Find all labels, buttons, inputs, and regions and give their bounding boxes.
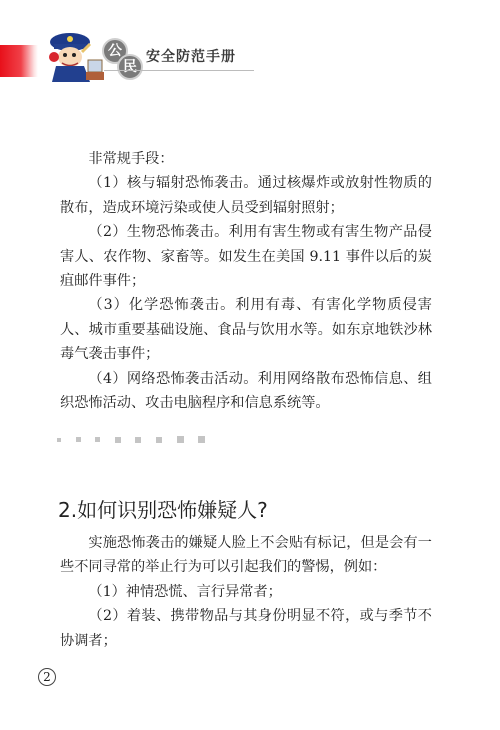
dot bbox=[57, 438, 61, 442]
police-mascot-icon bbox=[46, 30, 106, 82]
paragraph: 实施恐怖袭击的嫌疑人脸上不会贴有标记，但是会有一些不同寻常的举止行为可以引起我们… bbox=[60, 531, 432, 580]
dot bbox=[177, 436, 184, 443]
decorative-dots-divider bbox=[57, 436, 205, 443]
dot bbox=[115, 437, 121, 443]
paragraph: 非常规手段： bbox=[60, 147, 432, 171]
section-body: 实施恐怖袭击的嫌疑人脸上不会贴有标记，但是会有一些不同寻常的举止行为可以引起我们… bbox=[60, 531, 432, 653]
paragraph: （4）网络恐怖袭击活动。利用网络散布恐怖信息、组织恐怖活动、攻击电脑程序和信息系… bbox=[60, 367, 432, 416]
section-heading: 2.如何识别恐怖嫌疑人? bbox=[58, 494, 268, 523]
dot bbox=[156, 437, 162, 443]
dot bbox=[135, 437, 141, 443]
dot bbox=[76, 437, 81, 442]
page-number: 2 bbox=[38, 668, 56, 686]
paragraph: （1）神情恐慌、言行异常者； bbox=[60, 580, 432, 604]
citizen-badge-bottom: 民 bbox=[117, 54, 143, 80]
handbook-title: 安全防范手册 bbox=[146, 46, 236, 66]
paragraph: （1）核与辐射恐怖袭击。通过核爆炸或放射性物质的散布，造成环境污染或使人员受到辐… bbox=[60, 171, 432, 220]
header-divider bbox=[104, 70, 254, 71]
dot bbox=[198, 436, 205, 443]
header-red-bar bbox=[0, 45, 38, 77]
paragraph: （2）生物恐怖袭击。利用有害生物或有害生物产品侵害人、农作物、家畜等。如发生在美… bbox=[60, 220, 432, 293]
main-content: 非常规手段： （1）核与辐射恐怖袭击。通过核爆炸或放射性物质的散布，造成环境污染… bbox=[60, 147, 432, 415]
paragraph: （3）化学恐怖袭击。利用有毒、有害化学物质侵害人、城市重要基础设施、食品与饮用水… bbox=[60, 293, 432, 366]
dot bbox=[95, 437, 100, 442]
paragraph: （2）着装、携带物品与其身份明显不符，或与季节不协调者； bbox=[60, 604, 432, 653]
